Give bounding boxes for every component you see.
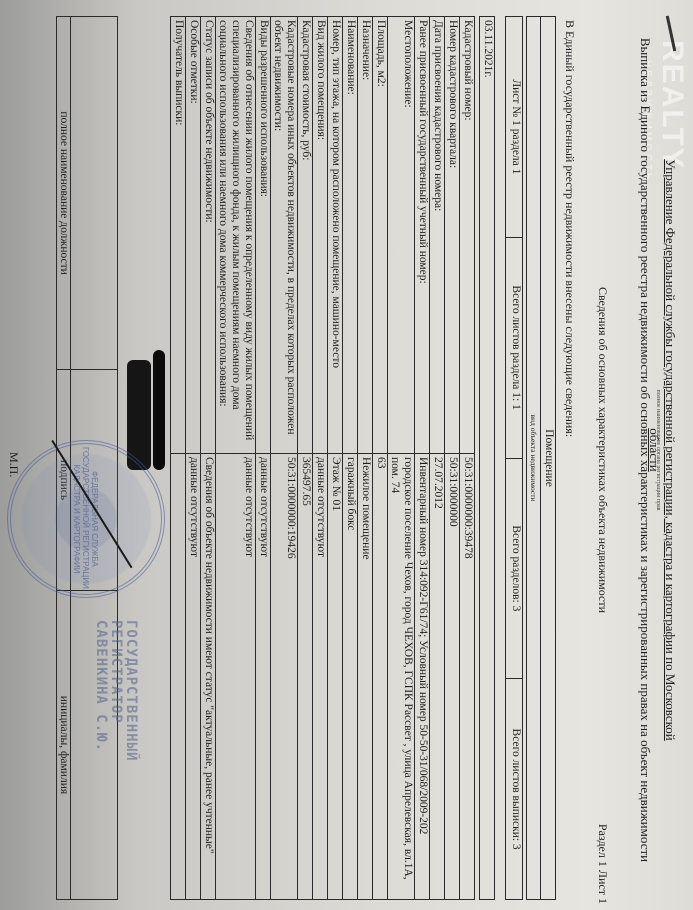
- row-value: данные отсутствуют: [313, 454, 328, 900]
- row-value: данные отсутствуют: [186, 454, 201, 900]
- characteristics-table: Кадастровый номер: 50:31:0000000:39478 Н…: [170, 16, 475, 900]
- row-label: Особые отметки:: [186, 17, 201, 454]
- row-label: Наименование:: [343, 17, 358, 454]
- row-label: Площадь, м2:: [373, 17, 388, 454]
- table-row: Получатель выписки:: [171, 17, 186, 900]
- table-row: Местоположение:городское поселение Чехов…: [388, 17, 415, 900]
- cadastral-number-value: 50:31:0000000:39478: [460, 454, 475, 900]
- document-page: REALTY НЕДВИЖИМОСТЬ Управление Федеральн…: [0, 0, 693, 910]
- sheets-table: Лист № 1 раздела 1 Всего листов раздела …: [505, 16, 523, 900]
- table-row: Наименование:гаражный бокс: [343, 17, 358, 900]
- section-title: Сведения об основных характеристиках объ…: [595, 20, 610, 880]
- row-value: Инвентарный номер 314:092-Г61/74; Условн…: [415, 454, 430, 900]
- row-label: Кадастровая стоимость, руб:: [298, 17, 313, 454]
- sheets-total: Всего листов выписки: 3: [506, 679, 523, 900]
- document-title: Выписка из Единого государственного реес…: [637, 20, 653, 880]
- row-label: Номер, тип этажа, на котором расположено…: [328, 17, 343, 454]
- row-value: данные отсутствуют: [216, 454, 256, 900]
- seal-mark: М.П.: [6, 452, 21, 477]
- sheet-number: Лист № 1 раздела 1: [506, 17, 523, 238]
- row-value: Сведения об объекте недвижимости имеют с…: [201, 454, 216, 900]
- redaction-bar: [153, 350, 165, 470]
- official-seal-stamp: ФЕДЕРАЛЬНАЯ СЛУЖБА ГОСУДАРСТВЕННОЙ РЕГИС…: [7, 440, 165, 598]
- row-label: Назначение:: [358, 17, 373, 454]
- organization-caption: полное наименование органа регистрации п…: [655, 150, 661, 750]
- row-value: 63: [373, 454, 388, 900]
- table-row: Дата присвоения кадастрового номера:27.0…: [430, 17, 445, 900]
- row-label: Получатель выписки:: [171, 17, 186, 454]
- row-label: Виды разрешенного использования:: [256, 17, 271, 454]
- position-cell: [71, 17, 118, 370]
- registrar-stamp: ГОСУДАРСТВЕННЫЙ РЕГИСТРАТОР САВЕНКИНА С.…: [93, 620, 138, 761]
- table-row: Сведения об отнесении жилого помещения к…: [216, 17, 256, 900]
- row-label: Местоположение:: [388, 17, 415, 454]
- row-label: Статус записи об объекте недвижимости:: [201, 17, 216, 454]
- row-value: гаражный бокс: [343, 454, 358, 900]
- extract-date: 03.11.2021г.: [480, 17, 495, 900]
- table-row: Площадь, м2:63: [373, 17, 388, 900]
- position-caption: полное наименование должности: [57, 17, 71, 370]
- sheets-in-section: Всего листов раздела 1: 1: [506, 237, 523, 458]
- intro-text: В Единый государственный реестр недвижим…: [562, 20, 577, 437]
- object-type-value: Помещение: [541, 17, 556, 900]
- table-row: Назначение:Нежилое помещение: [358, 17, 373, 900]
- row-value: городское поселение Чехов, город ЧЕХОВ, …: [388, 454, 415, 900]
- name-caption: инициалы, фамилия: [57, 590, 71, 899]
- row-value: данные отсутствуют: [256, 454, 271, 900]
- row-value: [171, 454, 186, 900]
- table-row: Виды разрешенного использования:данные о…: [256, 17, 271, 900]
- section-number: Раздел 1 Лист 1: [595, 824, 610, 904]
- object-type-table: Помещение вид объекта недвижимости: [526, 16, 556, 900]
- row-label: Ранее присвоенный государственный учетны…: [415, 17, 430, 454]
- row-label: Сведения об отнесении жилого помещения к…: [216, 17, 256, 454]
- sections-total: Всего разделов: 3: [506, 458, 523, 679]
- date-table: 03.11.2021г.: [479, 16, 495, 900]
- table-row: Статус записи об объекте недвижимости:Св…: [201, 17, 216, 900]
- table-row: Кадастровая стоимость, руб:365497.65: [298, 17, 313, 900]
- row-value: Этаж № 01: [328, 454, 343, 900]
- row-label: Номер кадастрового квартала:: [445, 17, 460, 454]
- row-label: Вид жилого помещения:: [313, 17, 328, 454]
- row-value: 50:31:0000000: [445, 454, 460, 900]
- table-row: Кадастровый номер: 50:31:0000000:39478: [460, 17, 475, 900]
- row-value: Нежилое помещение: [358, 454, 373, 900]
- table-row: Особые отметки:данные отсутствуют: [186, 17, 201, 900]
- table-row: Ранее присвоенный государственный учетны…: [415, 17, 430, 900]
- table-row: Номер, тип этажа, на котором расположено…: [328, 17, 343, 900]
- row-label: Кадастровые номера иных объектов недвижи…: [271, 17, 298, 454]
- row-label: Дата присвоения кадастрового номера:: [430, 17, 445, 454]
- table-row: Номер кадастрового квартала:50:31:000000…: [445, 17, 460, 900]
- row-value: 27.07.2012: [430, 454, 445, 900]
- table-row: Кадастровые номера иных объектов недвижи…: [271, 17, 298, 900]
- cadastral-number-label: Кадастровый номер:: [460, 17, 475, 454]
- row-value: 50:31:0000000:19426: [271, 454, 298, 900]
- row-value: 365497.65: [298, 454, 313, 900]
- object-type-caption: вид объекта недвижимости: [527, 17, 541, 900]
- table-row: Вид жилого помещения:данные отсутствуют: [313, 17, 328, 900]
